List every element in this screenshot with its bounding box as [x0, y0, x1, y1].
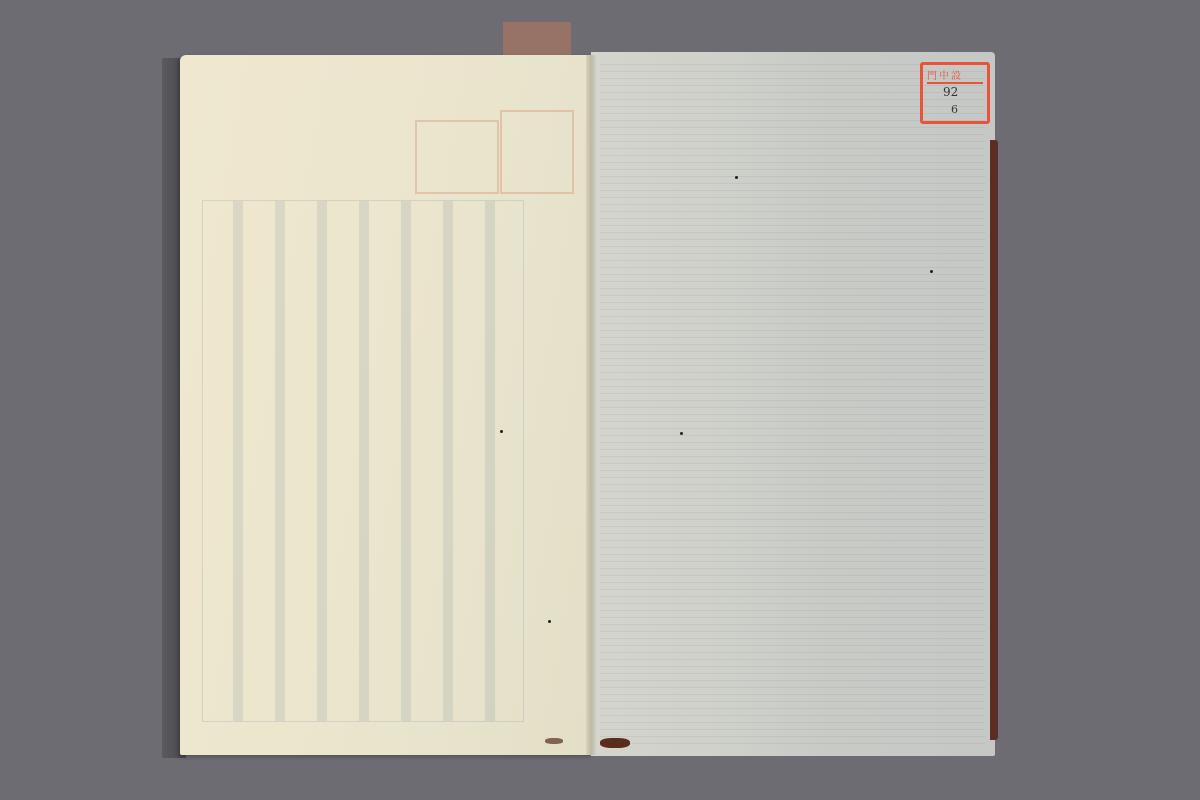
- stamp-number-bottom: 6: [951, 103, 958, 116]
- bleed-through-text-frame: [202, 200, 524, 722]
- stamp-header: 門中設: [927, 67, 983, 84]
- wormhole: [930, 270, 933, 273]
- bleed-through-seal-1: [415, 120, 499, 194]
- book-cover-right-edge: [990, 140, 998, 740]
- wormhole: [548, 620, 551, 623]
- library-stamp: 門中設 92 6: [920, 62, 990, 124]
- binding-damage: [545, 738, 563, 744]
- paper-fiber-texture: [600, 60, 985, 750]
- wormhole: [735, 176, 738, 179]
- binding-damage: [600, 738, 630, 748]
- bleed-through-seal-2: [500, 110, 574, 194]
- stamp-number-top: 92: [943, 85, 958, 99]
- wormhole: [680, 432, 683, 435]
- wormhole: [500, 430, 503, 433]
- book-gutter: [586, 55, 596, 755]
